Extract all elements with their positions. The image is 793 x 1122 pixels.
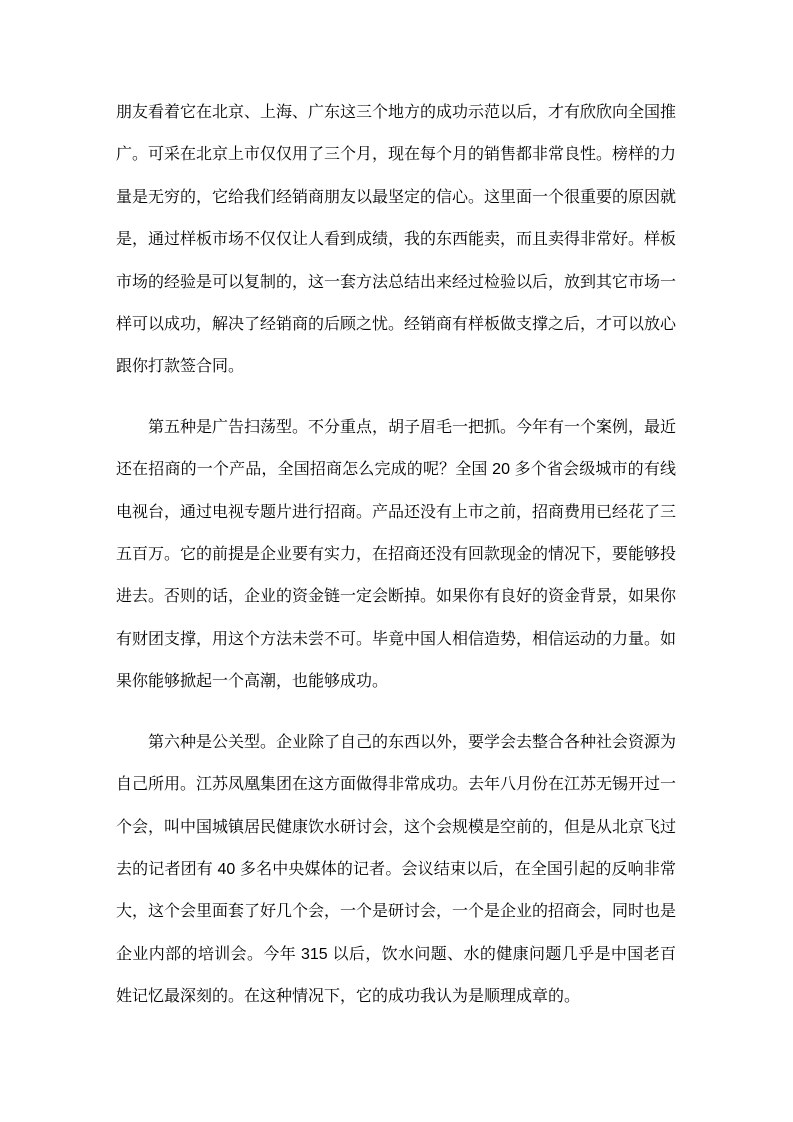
paragraph-ad-sweep-type: 第五种是广告扫荡型。不分重点，胡子眉毛一把抓。今年有一个案例，最近还在招商的一个… — [116, 407, 676, 704]
paragraph-sample-market: 朋友看着它在北京、上海、广东这三个地方的成功示范以后，才有欣欣向全国推广。可采在… — [116, 92, 676, 389]
document-text-block: 朋友看着它在北京、上海、广东这三个地方的成功示范以后，才有欣欣向全国推广。可采在… — [116, 92, 676, 1037]
paragraph-pr-type: 第六种是公关型。企业除了自己的东西以外，要学会去整合各种社会资源为自己所用。江苏… — [116, 722, 676, 1019]
document-page: 朋友看着它在北京、上海、广东这三个地方的成功示范以后，才有欣欣向全国推广。可采在… — [0, 0, 793, 1122]
